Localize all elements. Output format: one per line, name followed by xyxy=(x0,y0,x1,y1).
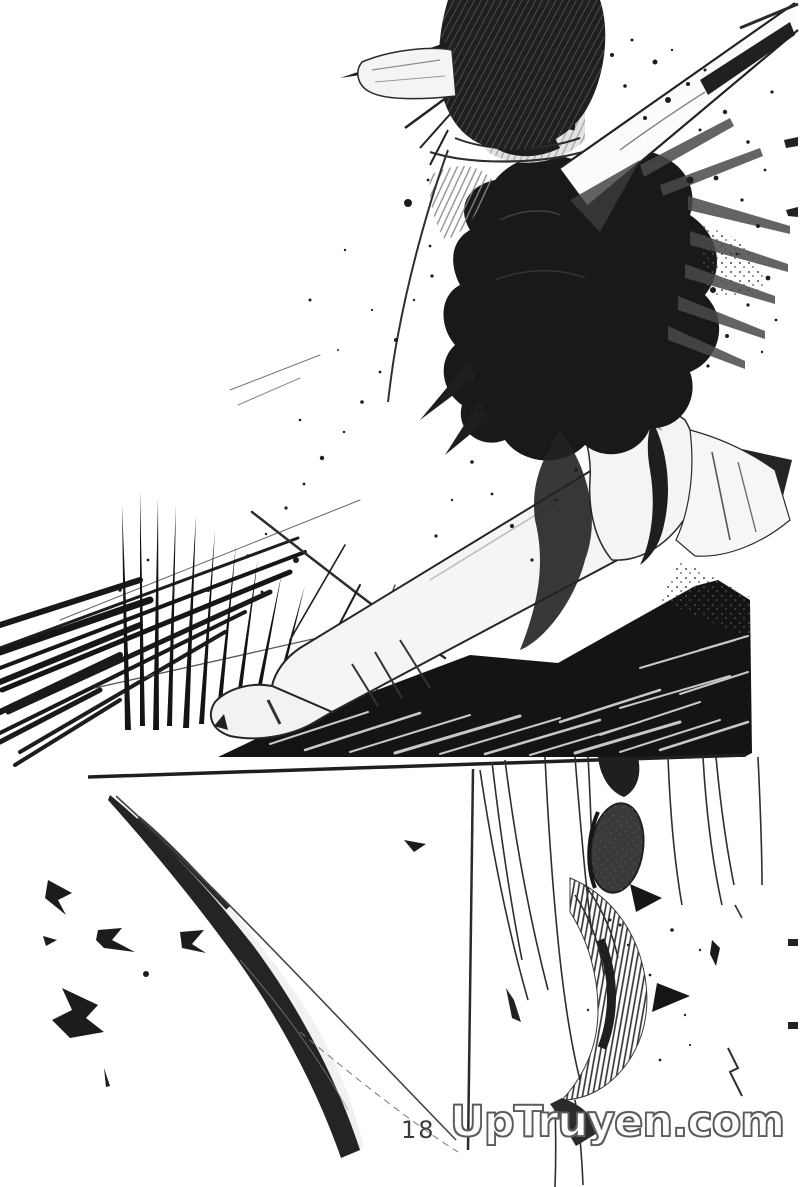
watermark-text: UpTruyen.com xyxy=(450,1097,780,1147)
manga-page: 18 UpTruyen.com xyxy=(0,0,800,1187)
page-artwork xyxy=(0,0,800,1187)
page-number: 18 xyxy=(401,1116,436,1144)
